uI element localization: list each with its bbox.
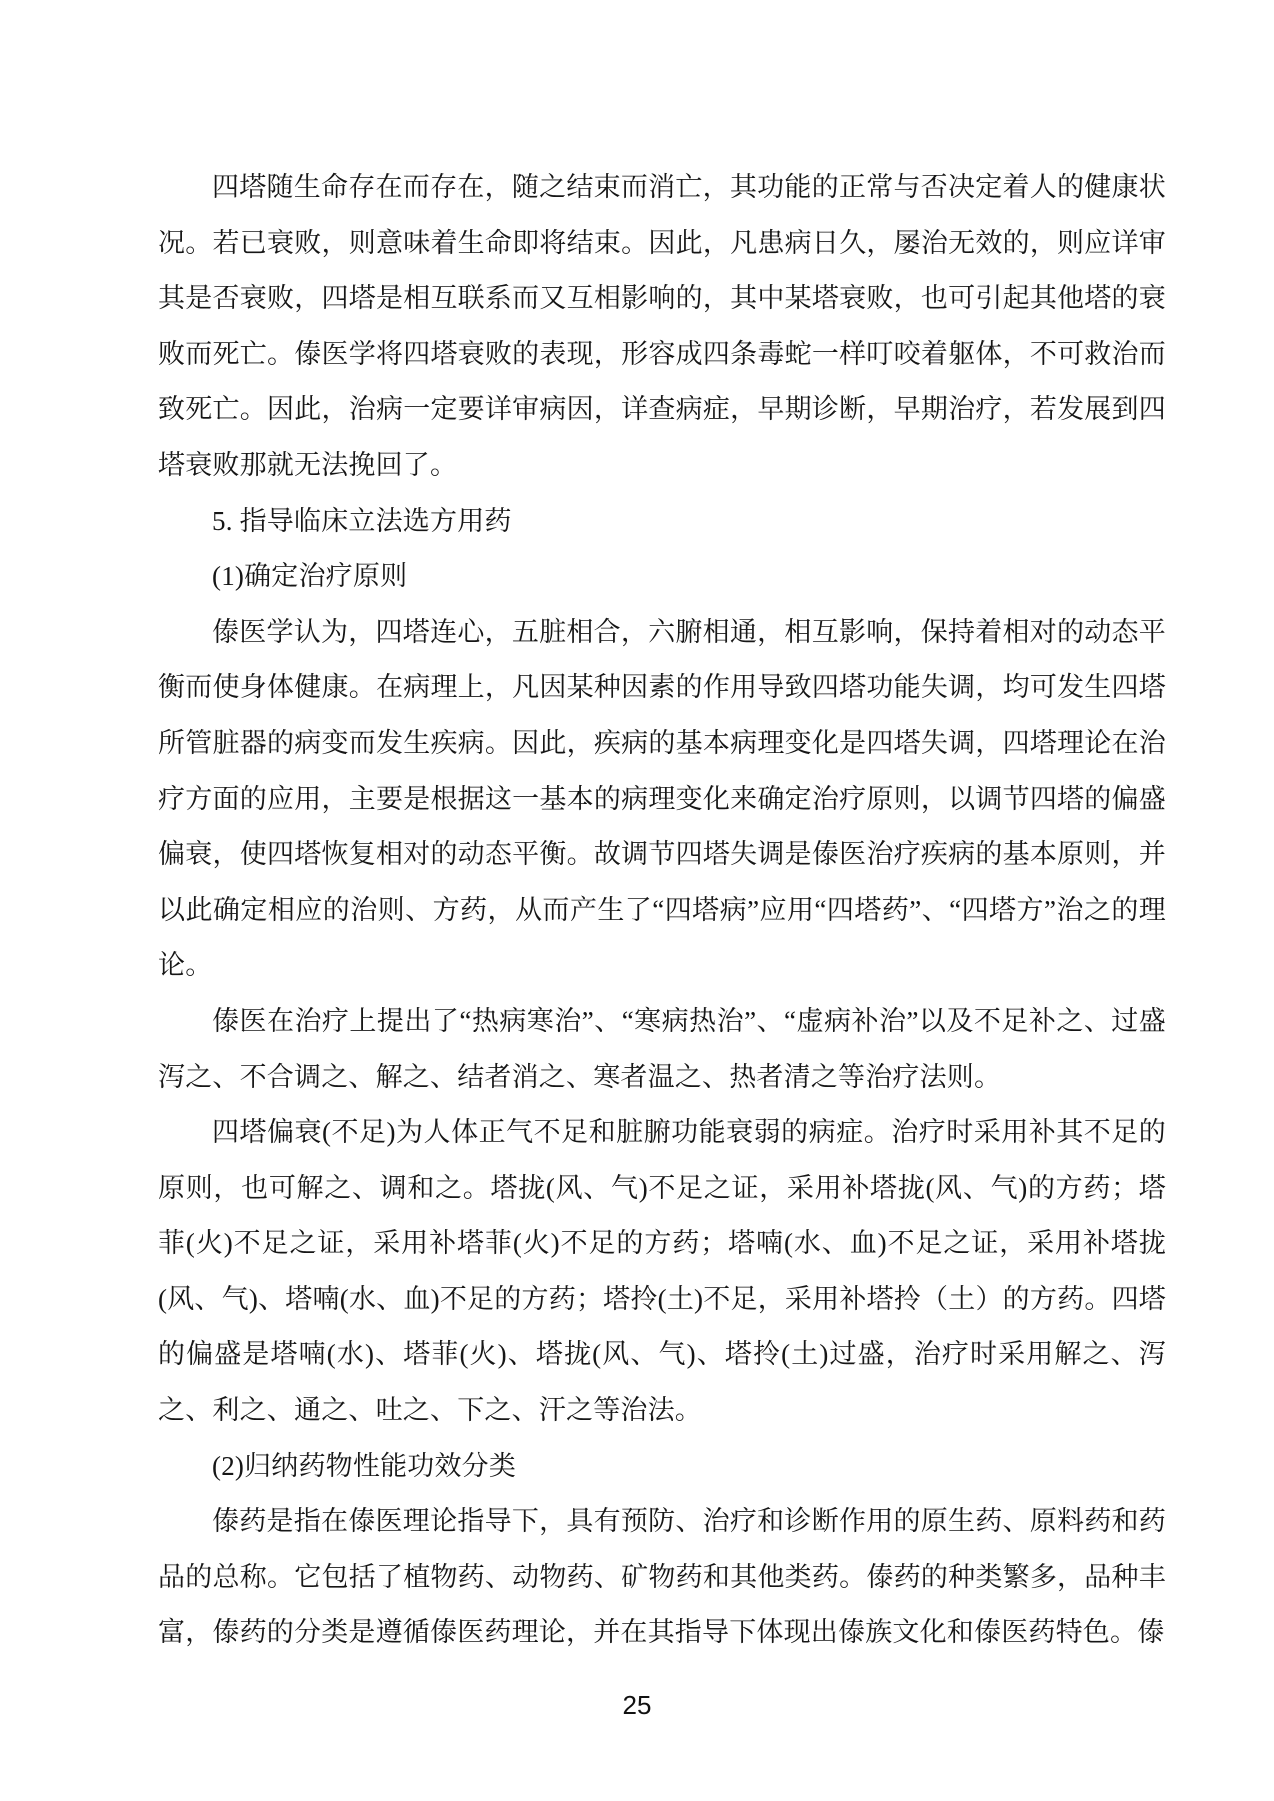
- sub-heading-2-drug-classification: (2)归纳药物性能功效分类: [158, 1439, 1166, 1495]
- paragraph-treatment-rules: 傣医在治疗上提出了“热病寒治”、“寒病热治”、“虚病补治”以及不足补之、过盛泻之…: [158, 994, 1166, 1105]
- numbered-heading-5: 5. 指导临床立法选方用药: [158, 494, 1166, 550]
- page-body-text: 四塔随生命存在而存在，随之结束而消亡，其功能的正常与否决定着人的健康状况。若已衰…: [158, 160, 1166, 1661]
- paragraph-four-towers-life: 四塔随生命存在而存在，随之结束而消亡，其功能的正常与否决定着人的健康状况。若已衰…: [158, 160, 1166, 494]
- page-number: 25: [0, 1690, 1274, 1720]
- paragraph-four-towers-deficiency: 四塔偏衰(不足)为人体正气不足和脏腑功能衰弱的病症。治疗时采用补其不足的原则，也…: [158, 1105, 1166, 1439]
- sub-heading-1-treatment-principles: (1)确定治疗原则: [158, 549, 1166, 605]
- paragraph-dai-medicine-definition: 傣药是指在傣医理论指导下，具有预防、治疗和诊断作用的原生药、原料药和药品的总称。…: [158, 1494, 1166, 1661]
- document-page: 四塔随生命存在而存在，随之结束而消亡，其功能的正常与否决定着人的健康状况。若已衰…: [0, 0, 1274, 1801]
- paragraph-treatment-principles: 傣医学认为，四塔连心，五脏相合，六腑相通，相互影响，保持着相对的动态平衡而使身体…: [158, 605, 1166, 994]
